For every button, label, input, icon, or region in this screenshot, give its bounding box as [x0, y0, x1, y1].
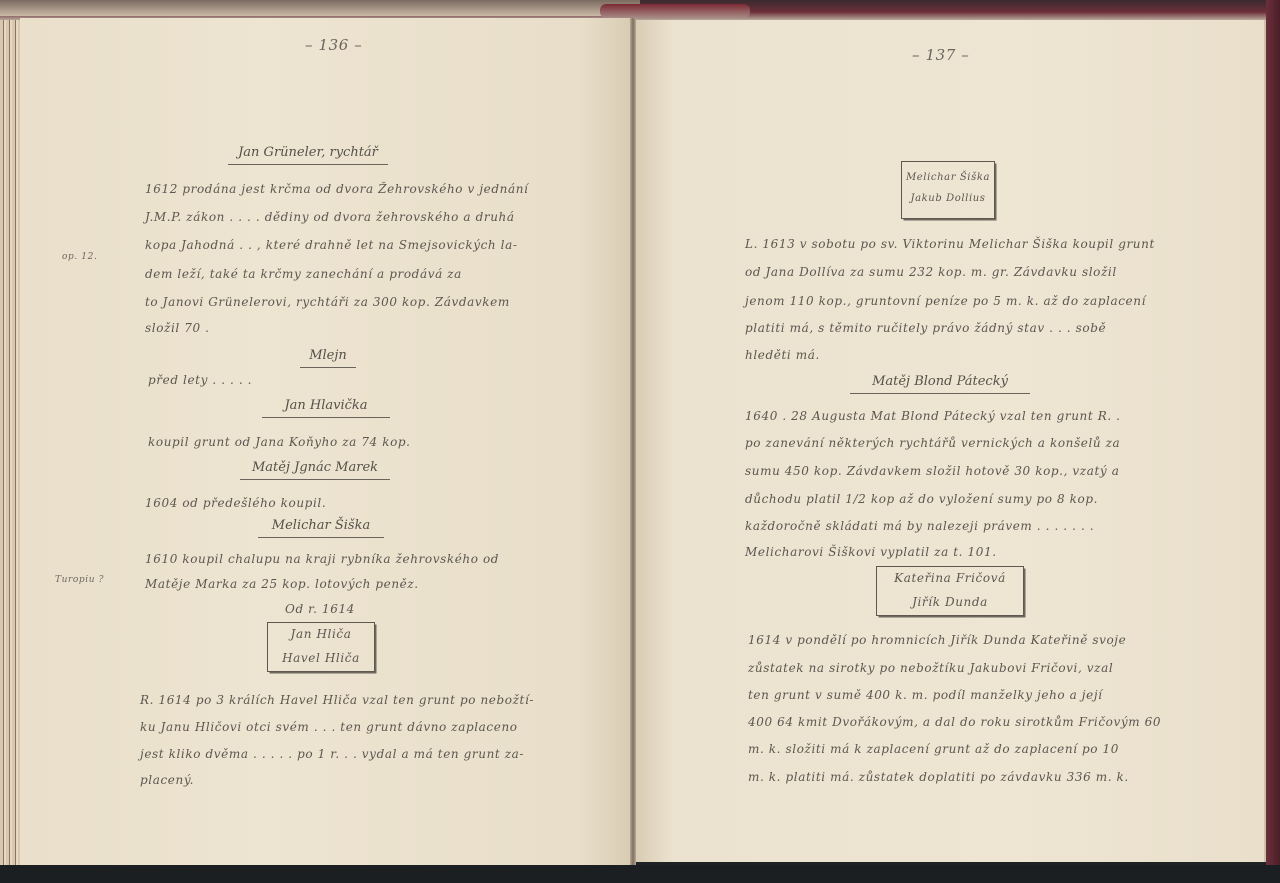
- date-subheading: Od r. 1614: [285, 603, 355, 615]
- text-line: 1610 koupil chalupu na kraji rybníka žeh…: [145, 553, 499, 565]
- box-name: Jan Hliča: [268, 627, 374, 641]
- box-name: Melichar Šiška: [902, 172, 994, 183]
- text-line: ten grunt v sumě 400 k. m. podíl manželk…: [748, 689, 1103, 701]
- entry-heading: Matěj Jgnác Marek: [240, 460, 390, 480]
- text-line: J.M.P. zákon . . . . dědiny od dvora žeh…: [145, 211, 515, 223]
- text-line: 1614 v pondělí po hromnicích Jiřík Dunda…: [748, 634, 1126, 646]
- entry-heading: Jan Hlavička: [262, 398, 390, 418]
- text-line: sumu 450 kop. Závdavkem složil hotově 30…: [745, 465, 1119, 477]
- text-line: ku Janu Hličovi otci svém . . . ten grun…: [140, 721, 518, 733]
- text-line: koupil grunt od Jana Koňyho za 74 kop.: [148, 436, 411, 448]
- text-line: důchodu platil 1/2 kop až do vyložení su…: [745, 493, 1098, 505]
- text-line: hleděti má.: [745, 349, 820, 361]
- spine-headband: [600, 4, 750, 18]
- page-number-right: – 137 –: [912, 46, 969, 64]
- box-name: Jiřík Dunda: [877, 595, 1023, 609]
- text-line: dem leží, také ta krčmy zanechání a prod…: [145, 268, 462, 280]
- text-line: 1612 prodána jest krčma od dvora Žehrovs…: [145, 183, 529, 195]
- text-line: jest kliko dvěma . . . . . po 1 r. . . v…: [140, 748, 524, 760]
- entry-heading: Jan Grüneler, rychtář: [228, 145, 388, 165]
- page-number-left: – 136 –: [305, 36, 362, 54]
- text-line: 1604 od předešlého koupil.: [145, 497, 326, 509]
- text-line: m. k. složiti má k zaplacení grunt až do…: [748, 743, 1119, 755]
- text-line: R. 1614 po 3 králích Havel Hliča vzal te…: [140, 694, 534, 706]
- name-box: Kateřina Fričová Jiřík Dunda: [876, 566, 1024, 616]
- scan-background: [0, 865, 1280, 883]
- entry-heading: Mlejn: [300, 348, 356, 368]
- text-line: kopa Jahodná . . , které drahně let na S…: [145, 239, 518, 251]
- text-line: jenom 110 kop., gruntovní peníze po 5 m.…: [745, 295, 1146, 307]
- text-line: zůstatek na sirotky po nebožtíku Jakubov…: [748, 662, 1113, 674]
- name-box: Jan Hliča Havel Hliča: [267, 622, 375, 672]
- text-line: platiti má, s těmito ručitely právo žádn…: [745, 322, 1106, 334]
- text-line: L. 1613 v sobotu po sv. Viktorinu Melich…: [745, 238, 1155, 250]
- text-line: placený.: [140, 774, 194, 786]
- text-line: složil 70 .: [145, 322, 210, 334]
- text-line: 400 64 kmit Dvořákovým, a dal do roku si…: [748, 716, 1161, 728]
- text-line: od Jana Dollíva za sumu 232 kop. m. gr. …: [745, 266, 1117, 278]
- text-line: m. k. platiti má. zůstatek doplatiti po …: [748, 771, 1129, 783]
- entry-heading: Melichar Šiška: [258, 518, 384, 538]
- page-edges: [0, 6, 22, 866]
- entry-heading: Matěj Blond Pátecký: [850, 374, 1030, 394]
- text-line: každoročně skládati má by nalezeji práve…: [745, 520, 1094, 532]
- margin-note: Turopiu ?: [55, 575, 104, 585]
- text-line: to Janovi Grünelerovi, rychtáři za 300 k…: [145, 296, 510, 308]
- text-line: po zanevání některých rychtářů vernickýc…: [745, 437, 1120, 449]
- text-line: 1640 . 28 Augusta Mat Blond Pátecký vzal…: [745, 410, 1121, 422]
- book-cover-right: [1266, 0, 1280, 883]
- text-line: Matěje Marka za 25 kop. lotových peněz.: [145, 578, 419, 590]
- open-book: – 136 – Jan Grüneler, rychtář 1612 prodá…: [0, 0, 1280, 883]
- text-line: Melicharovi Šiškovi vyplatil za t. 101.: [745, 546, 997, 558]
- box-name: Kateřina Fričová: [877, 571, 1023, 585]
- name-box: Melichar Šiška Jakub Dollius: [901, 161, 995, 219]
- page-stack-top: [0, 0, 640, 16]
- text-line: před lety . . . . .: [148, 374, 252, 386]
- box-name: Havel Hliča: [268, 651, 374, 665]
- box-name: Jakub Dollius: [902, 193, 994, 204]
- margin-note: op. 12.: [62, 252, 97, 262]
